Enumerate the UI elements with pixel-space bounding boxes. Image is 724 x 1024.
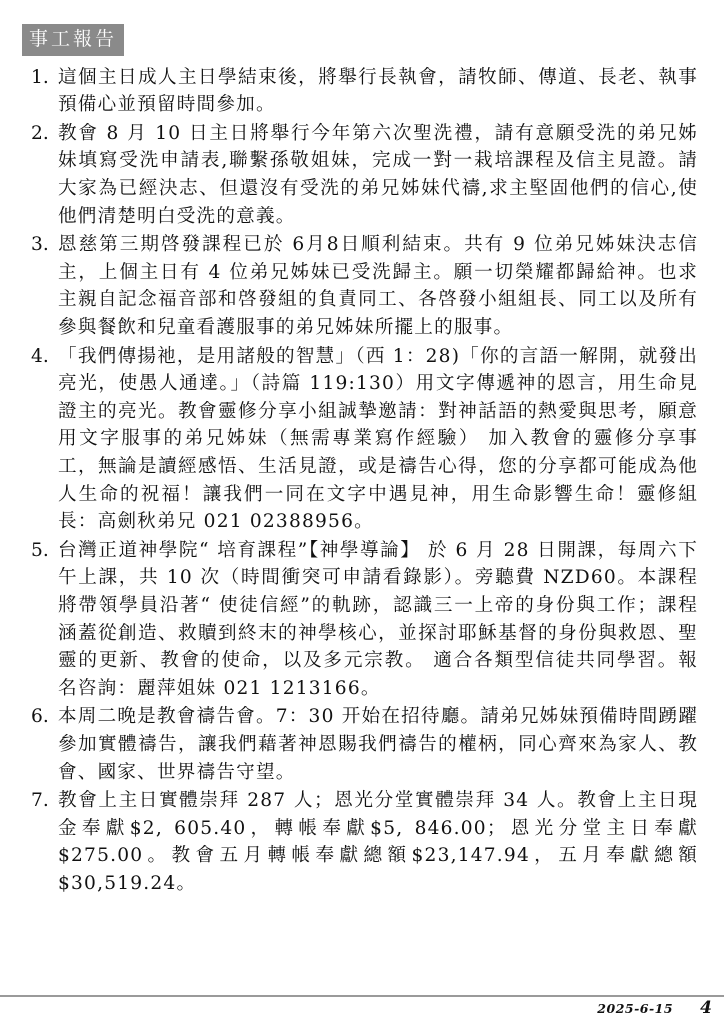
report-list: 1. 這個主日成人主日學結束後，將舉行長執會，請牧師、傳道、長老、執事預備心並預… <box>22 64 698 898</box>
item-number: 5. <box>22 537 58 703</box>
section-title: 事工報告 <box>22 24 124 56</box>
item-number: 6. <box>22 703 58 786</box>
item-text: 教會上主日實體崇拜 287 人；恩光分堂實體崇拜 34 人。教會上主日現金奉獻$… <box>58 787 698 897</box>
report-item-7: 7. 教會上主日實體崇拜 287 人；恩光分堂實體崇拜 34 人。教會上主日現金… <box>22 787 698 897</box>
item-number: 2. <box>22 120 58 230</box>
report-item-4: 4. 「我們傳揚祂，是用諸般的智慧」（西 1：28)「你的言語一解開，就發出亮光… <box>22 343 698 536</box>
item-text: 這個主日成人主日學結束後，將舉行長執會，請牧師、傳道、長老、執事預備心並預留時間… <box>58 64 698 119</box>
item-text: 本周二晚是教會禱告會。7：30 开始在招待廳。請弟兄姊妹預備時間踴躍參加實體禱告… <box>58 703 698 786</box>
item-number: 7. <box>22 787 58 897</box>
footer-date: 2025-6-15 <box>597 1001 673 1016</box>
document-page: 事工報告 1. 這個主日成人主日學結束後，將舉行長執會，請牧師、傳道、長老、執事… <box>0 0 724 1024</box>
item-text: 恩慈第三期啓發課程已於 6月8日順利結束。共有 9 位弟兄姊妹決志信主，上個主日… <box>58 231 698 341</box>
report-item-5: 5. 台灣正道神學院“ 培育課程”【神學導論】 於 6 月 28 日開課，每周六… <box>22 537 698 703</box>
page-footer: 2025-6-15 4 <box>0 995 724 1018</box>
report-item-1: 1. 這個主日成人主日學結束後，將舉行長執會，請牧師、傳道、長老、執事預備心並預… <box>22 64 698 119</box>
item-number: 4. <box>22 343 58 536</box>
item-text: 教會 8 月 10 日主日將舉行今年第六次聖洗禮，請有意願受洗的弟兄姊妹填寫受洗… <box>58 120 698 230</box>
report-item-3: 3. 恩慈第三期啓發課程已於 6月8日順利結束。共有 9 位弟兄姊妹決志信主，上… <box>22 231 698 341</box>
report-item-6: 6. 本周二晚是教會禱告會。7：30 开始在招待廳。請弟兄姊妹預備時間踴躍參加實… <box>22 703 698 786</box>
report-item-2: 2. 教會 8 月 10 日主日將舉行今年第六次聖洗禮，請有意願受洗的弟兄姊妹填… <box>22 120 698 230</box>
item-text: 台灣正道神學院“ 培育課程”【神學導論】 於 6 月 28 日開課，每周六下午上… <box>58 537 698 703</box>
footer-page-number: 4 <box>700 998 712 1018</box>
item-number: 1. <box>22 64 58 119</box>
item-number: 3. <box>22 231 58 341</box>
item-text: 「我們傳揚祂，是用諸般的智慧」（西 1：28)「你的言語一解開，就發出亮光，使愚… <box>58 343 698 536</box>
